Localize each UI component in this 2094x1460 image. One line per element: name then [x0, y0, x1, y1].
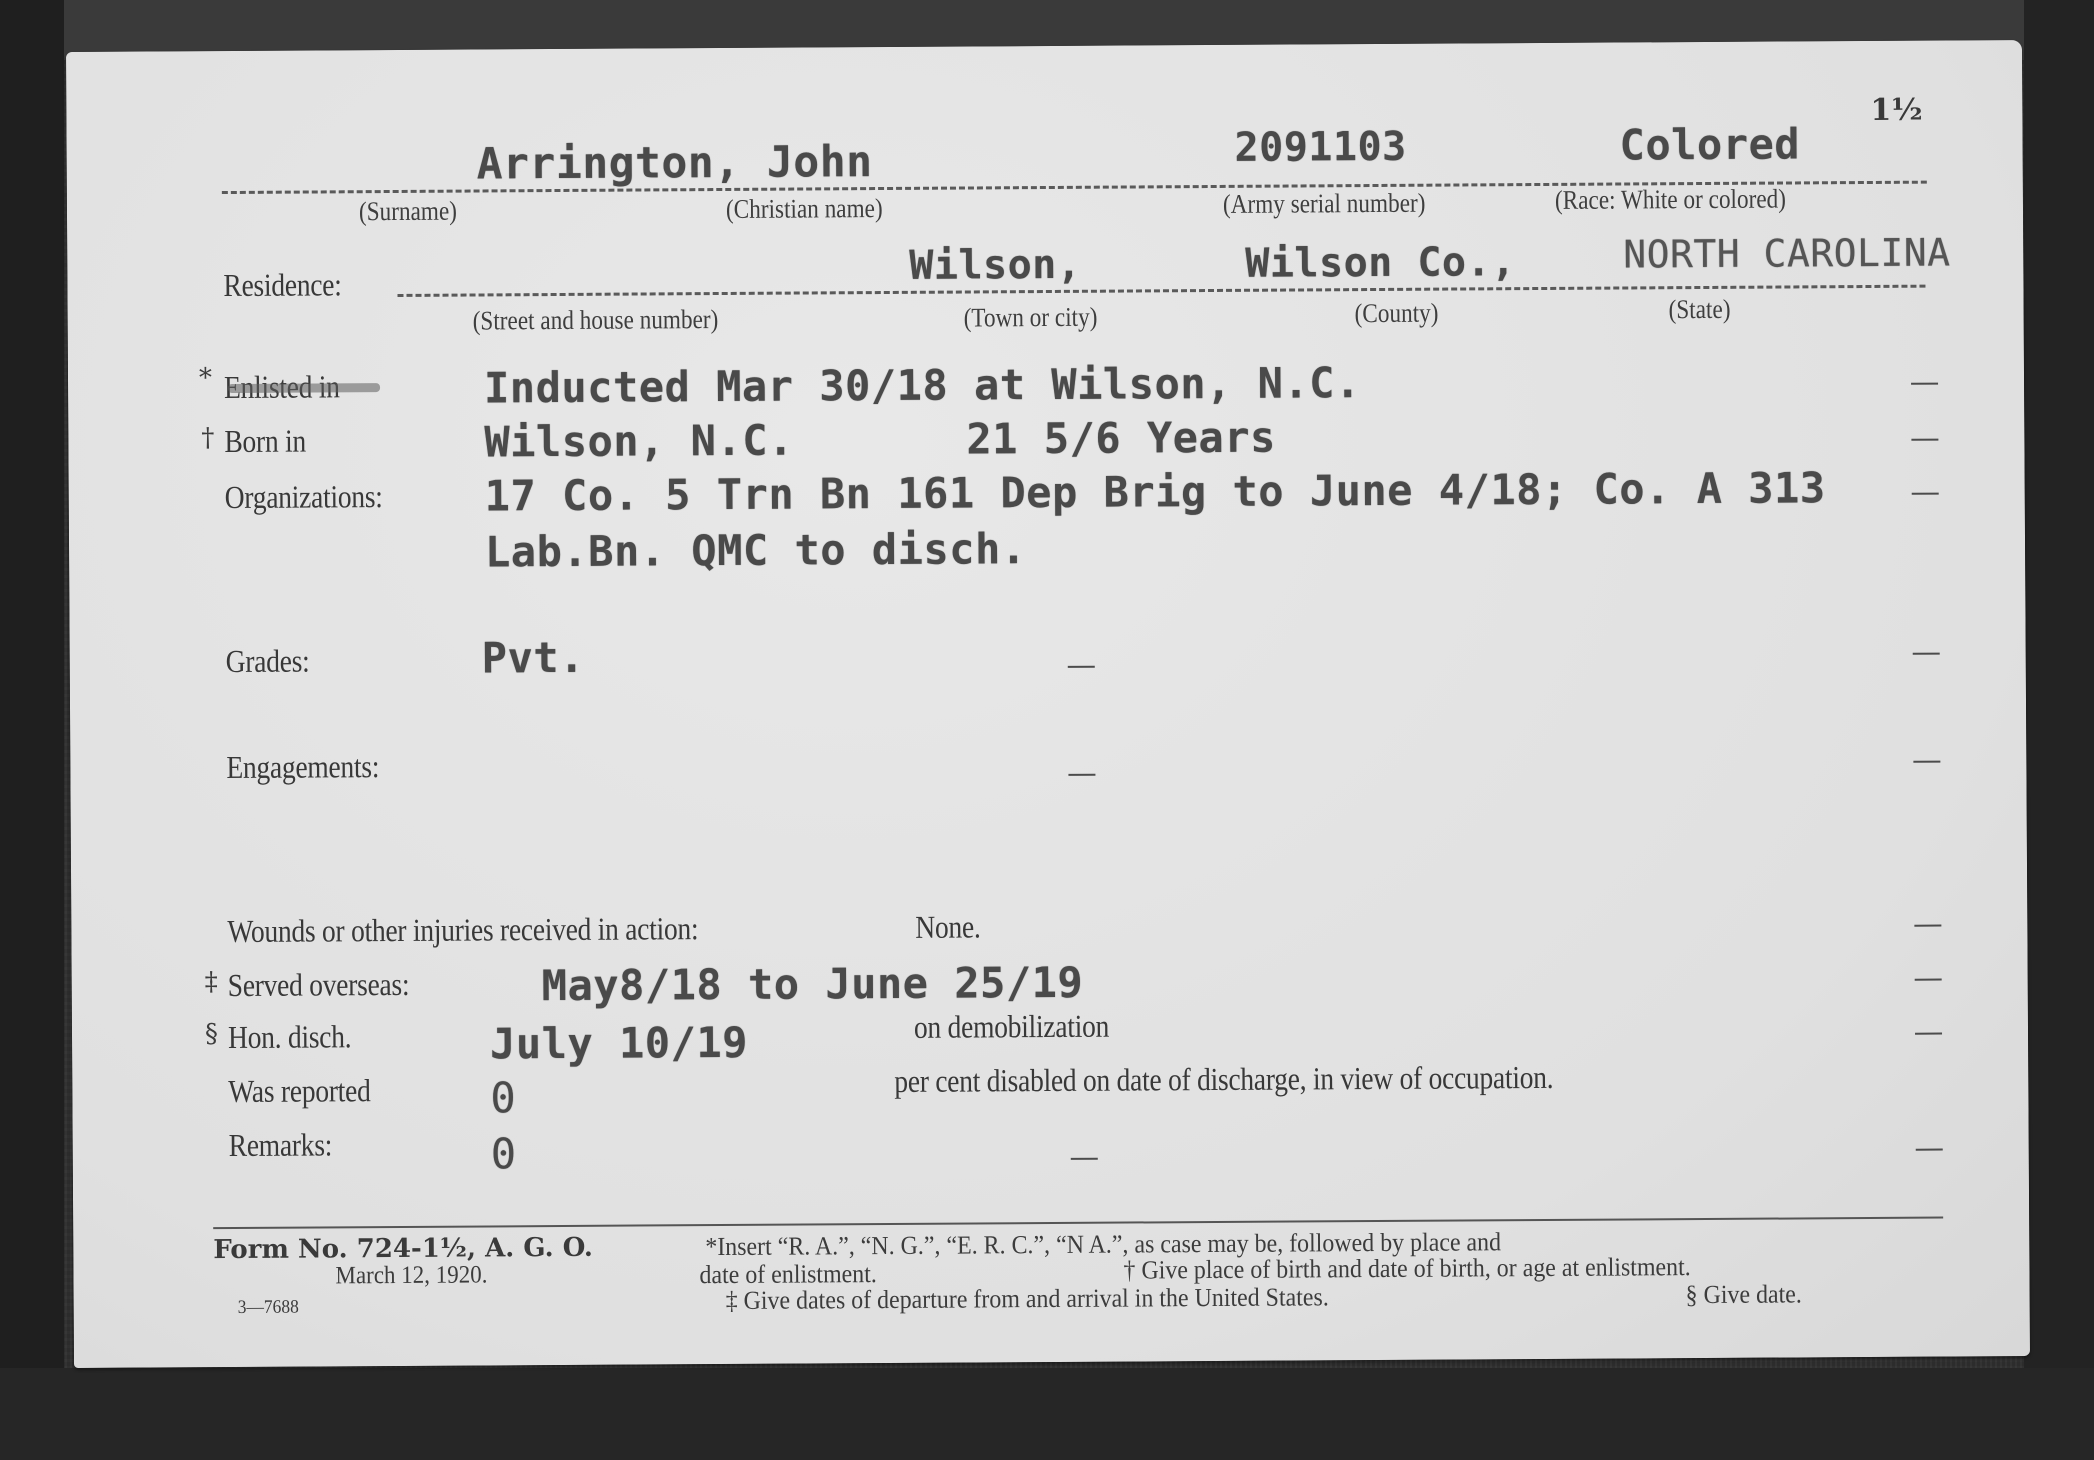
dash-mark	[1911, 439, 1938, 441]
double-dagger-mark: ‡	[205, 967, 218, 997]
dash-mark	[1915, 979, 1942, 981]
served-overseas-value: May8/18 to June 25/19	[542, 958, 1084, 1010]
page-number: 1½	[1870, 93, 1922, 128]
serial-number-label: (Army serial number)	[1223, 188, 1426, 220]
dash-mark	[1914, 925, 1941, 927]
residence-town: Wilson,	[909, 242, 1081, 289]
service-record-card: 1½ Arrington, John 2091103 Colored (Surn…	[66, 40, 2030, 1368]
wounds-value: None.	[915, 908, 980, 945]
dash-mark	[1912, 493, 1939, 495]
county-label: (County)	[1355, 298, 1439, 330]
enlisted-strikethrough	[228, 383, 380, 393]
state-label: (State)	[1669, 294, 1731, 325]
background-right	[2024, 0, 2094, 1460]
born-place: Wilson, N.C.	[484, 416, 794, 467]
born-age: 21 5/6 Years	[966, 413, 1276, 464]
was-reported-suffix: per cent disabled on date of discharge, …	[894, 1059, 1553, 1100]
enlisted-value: Inducted Mar 30/18 at Wilson, N.C.	[484, 358, 1361, 412]
footnote-overseas: ‡ Give dates of departure from and arriv…	[726, 1282, 1329, 1316]
hon-disch-label: Hon. disch.	[228, 1018, 352, 1056]
wounds-label: Wounds or other injuries received in act…	[227, 910, 698, 950]
hon-disch-value: July 10/19	[490, 1018, 748, 1069]
dash-mark	[1071, 1158, 1098, 1160]
form-date: March 12, 1920.	[335, 1261, 487, 1290]
organizations-line-1: 17 Co. 5 Trn Bn 161 Dep Brig to June 4/1…	[485, 463, 1826, 520]
dash-mark	[1916, 1149, 1943, 1151]
print-code: 3—7688	[238, 1297, 299, 1319]
asterisk-mark: *	[199, 363, 212, 393]
organizations-label: Organizations:	[225, 478, 383, 516]
name-value: Arrington, John	[477, 137, 873, 189]
race-label: (Race: White or colored)	[1555, 183, 1786, 215]
residence-county: Wilson Co.,	[1245, 239, 1516, 287]
hon-disch-suffix: on demobilization	[914, 1008, 1109, 1046]
served-overseas-label: Served overseas:	[228, 966, 410, 1004]
christian-name-label: (Christian name)	[726, 193, 883, 225]
grades-label: Grades:	[226, 643, 310, 681]
was-reported-value: 0	[490, 1073, 516, 1122]
residence-label: Residence:	[223, 266, 341, 304]
engagements-label: Engagements:	[226, 748, 379, 786]
was-reported-label: Was reported	[228, 1072, 370, 1110]
dagger-mark: †	[201, 423, 214, 453]
background-left	[0, 0, 64, 1460]
section-mark: §	[205, 1019, 218, 1049]
race-value: Colored	[1619, 119, 1800, 169]
background-bottom	[0, 1368, 2094, 1460]
organizations-line-2: Lab.Bn. QMC to disch.	[485, 524, 1027, 576]
form-number: Form No. 724-1½, A. G. O.	[213, 1233, 593, 1265]
dash-mark	[1913, 761, 1940, 763]
born-label: Born in	[224, 423, 306, 460]
footer-rule	[213, 1217, 1943, 1230]
remarks-value: 0	[491, 1129, 517, 1178]
remarks-label: Remarks:	[229, 1126, 333, 1164]
town-label: (Town or city)	[964, 302, 1098, 334]
footnote-discharge-date: § Give date.	[1686, 1279, 1802, 1310]
street-label: (Street and house number)	[473, 304, 719, 337]
footnote-birth: † Give place of birth and date of birth,…	[1123, 1252, 1690, 1285]
residence-state: NORTH CAROLINA	[1623, 230, 1951, 276]
dash-mark	[1913, 653, 1940, 655]
dash-mark	[1915, 1033, 1942, 1035]
dash-mark	[1068, 774, 1095, 776]
dash-mark	[1068, 666, 1095, 668]
dash-mark	[1911, 383, 1938, 385]
serial-number-value: 2091103	[1234, 124, 1406, 171]
grades-value: Pvt.	[482, 633, 585, 683]
surname-label: (Surname)	[359, 196, 457, 228]
